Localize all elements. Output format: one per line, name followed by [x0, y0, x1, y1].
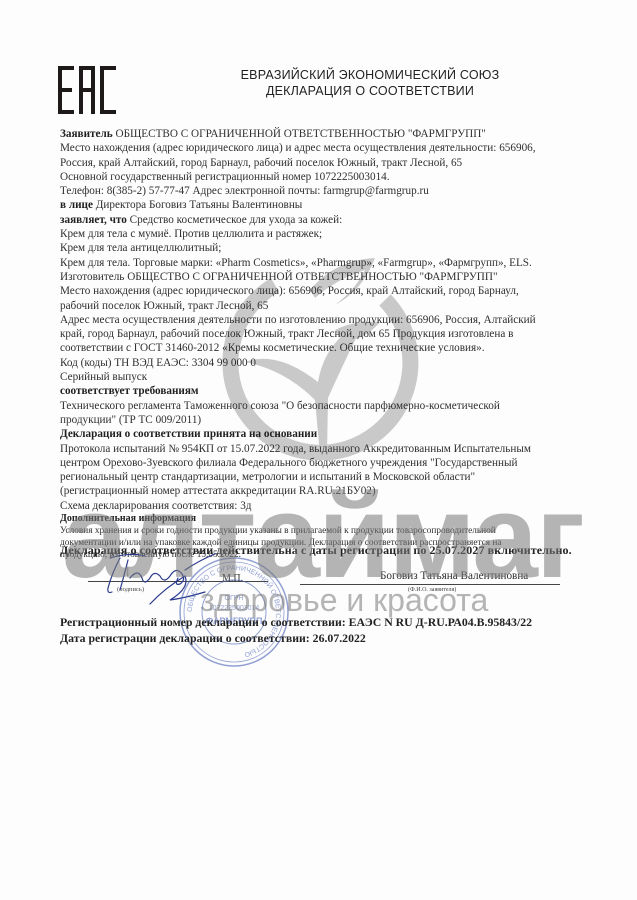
signer-name: Боговиз Татьяна Валентиновна	[380, 570, 528, 582]
basis-heading: Декларация о соответствии принята на осн…	[60, 428, 317, 440]
regulation-1: Технического регламента Таможенного союз…	[60, 399, 620, 413]
basis-1: Протокола испытаний № 954КП от 15.07.202…	[60, 442, 620, 456]
additional-label: Дополнительная информация	[60, 513, 620, 525]
declares-line: заявляет, что Средство косметическое для…	[60, 213, 620, 227]
union-title: ЕВРАЗИЙСКИЙ ЭКОНОМИЧЕСКИЙ СОЮЗ	[200, 67, 540, 83]
product-item: Крем для тела антицеллюлитный;	[60, 241, 620, 255]
basis-label: Декларация о соответствии принята на осн…	[60, 427, 620, 441]
name-line	[300, 584, 560, 585]
tn-ved-code: Код (коды) ТН ВЭД ЕАЭС: 3304 99 000 0	[60, 356, 620, 370]
basis-4: (регистрационный номер аттестата аккреди…	[60, 484, 620, 498]
fio-caption: (Ф.И.О. заявителя)	[408, 587, 456, 593]
applicant-name: ОБЩЕСТВО С ОГРАНИЧЕННОЙ ОТВЕТСТВЕННОСТЬЮ…	[113, 128, 486, 140]
release-type: Серийный выпуск	[60, 370, 620, 384]
stamp-ogrn: 1072225003014	[209, 605, 260, 612]
represented-line: в лице Директора Боговиз Татьяны Валенти…	[60, 198, 620, 212]
production-address-2: край, город Барнаул, рабочий поселок Южн…	[60, 327, 620, 341]
declaration-scheme: Схема декларирования соответствия: 3д	[60, 499, 620, 513]
company-seal-icon: ОБЩЕСТВО С ОГРАНИЧЕННОЙ ОТВЕТСТВЕННОСТЬЮ…	[178, 556, 290, 668]
complies-label: соответствует требованиям	[60, 384, 620, 398]
represented-label: в лице	[60, 199, 93, 211]
registration-number: Регистрационный номер декларации о соотв…	[60, 615, 532, 630]
regulation-2: продукции" (ТР ТС 009/2011)	[60, 413, 620, 427]
applicant-ogrn: Основной государственный регистрационный…	[60, 170, 620, 184]
manufacturer: Изготовитель ОБЩЕСТВО С ОГРАНИЧЕННОЙ ОТВ…	[60, 270, 620, 284]
eac-logo-icon	[58, 66, 116, 114]
basis-2: центром Орехово-Зуевского филиала Федера…	[60, 456, 620, 470]
applicant-address-1: Место нахождения (адрес юридического лиц…	[60, 141, 620, 155]
production-address-1: Адрес места осуществления деятельности п…	[60, 313, 620, 327]
applicant-address-2: Россия, край Алтайский, город Барнаул, р…	[60, 156, 620, 170]
declaration-document: ЕВРАЗИЙСКИЙ ЭКОНОМИЧЕСКИЙ СОЮЗ ДЕКЛАРАЦИ…	[0, 0, 637, 900]
basis-3: региональный центр стандартизации, метро…	[60, 470, 620, 484]
additional-1: Условия хранения и сроки годности продук…	[60, 525, 620, 537]
represented-by: Директора Боговиз Татьяны Валентиновны	[93, 199, 302, 211]
additional-heading: Дополнительная информация	[60, 513, 196, 524]
complies-heading: соответствует требованиям	[60, 385, 199, 397]
document-title: ДЕКЛАРАЦИЯ О СООТВЕТСТВИИ	[200, 83, 540, 99]
applicant-line: Заявитель ОБЩЕСТВО С ОГРАНИЧЕННОЙ ОТВЕТС…	[60, 127, 620, 141]
manufacturer-address-1: Место нахождения (адрес юридического лиц…	[60, 284, 620, 298]
product-item: Крем для тела. Торговые марки: «Pharm Co…	[60, 256, 620, 270]
production-address-3: соответствии с ГОСТ 31460-2012 «Кремы ко…	[60, 341, 620, 355]
applicant-label: Заявитель	[60, 128, 113, 140]
registration-date: Дата регистрации декларации о соответств…	[60, 631, 366, 646]
applicant-contacts: Телефон: 8(385-2) 57-77-47 Адрес электро…	[60, 184, 620, 198]
declares-label: заявляет, что	[60, 214, 127, 226]
declaration-body: Заявитель ОБЩЕСТВО С ОГРАНИЧЕННОЙ ОТВЕТС…	[60, 127, 620, 561]
manufacturer-address-2: рабочий поселок Южный, тракт Лесной, 65	[60, 299, 620, 313]
product-item: Крем для тела с мумиё. Против целлюлита …	[60, 227, 620, 241]
product-intro: Средство косметическое для ухода за коже…	[127, 214, 342, 226]
document-header: ЕВРАЗИЙСКИЙ ЭКОНОМИЧЕСКИЙ СОЮЗ ДЕКЛАРАЦИ…	[200, 67, 540, 99]
stamp-ogrn-label: ОГРН	[225, 595, 244, 602]
